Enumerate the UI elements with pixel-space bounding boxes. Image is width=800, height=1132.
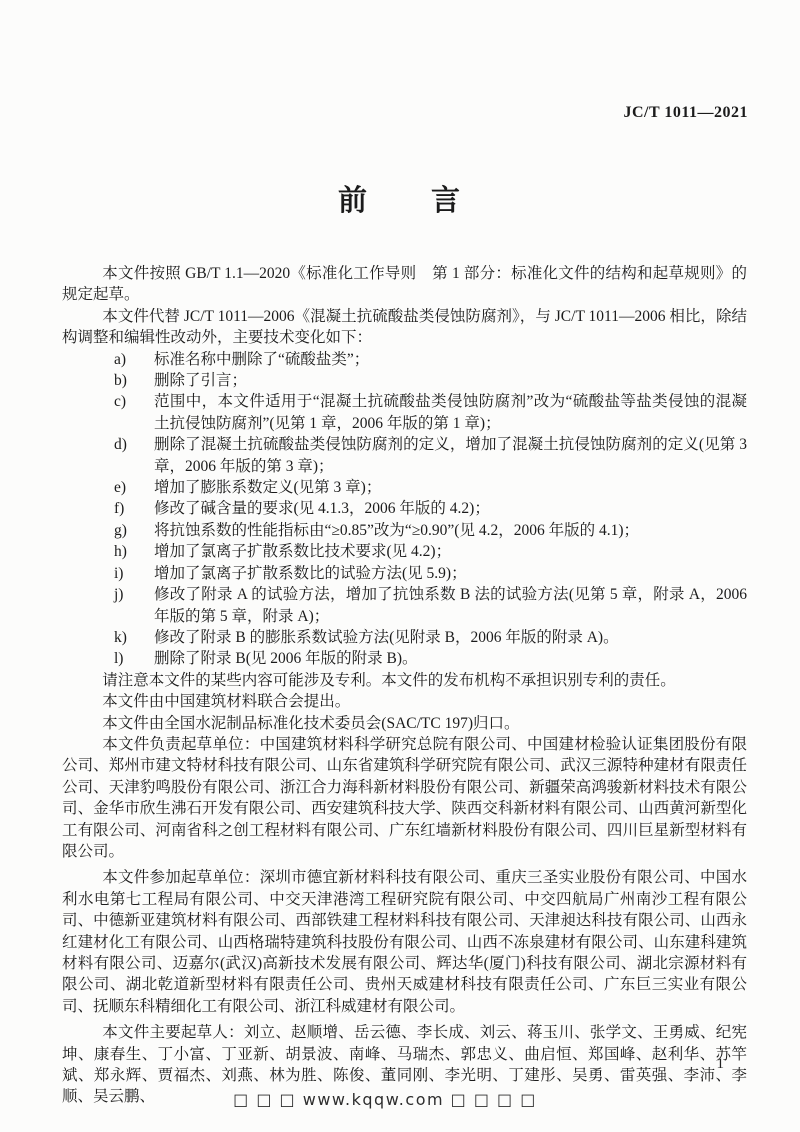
change-text: 修改了附录 A 的试验方法，增加了抗蚀系数 B 法的试验方法(见第 5 章，附录… <box>154 584 747 627</box>
change-text: 增加了氯离子扩散系数比技术要求(见 4.2)； <box>154 541 747 562</box>
change-item: d) 删除了混凝土抗硫酸盐类侵蚀防腐剂的定义，增加了混凝土抗侵蚀防腐剂的定义(见… <box>114 434 747 477</box>
change-marker: h) <box>114 541 154 562</box>
change-item: f) 修改了碱含量的要求(见 4.1.3，2006 年版的 4.2)； <box>114 498 747 519</box>
paragraph-drafting-basis: 本文件按照 GB/T 1.1—2020《标准化工作导则 第 1 部分：标准化文件… <box>62 263 747 306</box>
change-marker: l) <box>114 648 154 669</box>
page-header: JC/T 1011—2021 <box>624 104 749 122</box>
change-marker: i) <box>114 563 154 584</box>
paragraph-replacement-intro: 本文件代替 JC/T 1011—2006《混凝土抗硫酸盐类侵蚀防腐剂》，与 JC… <box>62 306 747 349</box>
change-marker: g) <box>114 520 154 541</box>
change-text: 修改了碱含量的要求(见 4.1.3，2006 年版的 4.2)； <box>154 498 747 519</box>
page-title: 前 言 <box>0 178 800 219</box>
change-marker: k) <box>114 627 154 648</box>
change-marker: b) <box>114 370 154 391</box>
change-item: l) 删除了附录 B(见 2006 年版的附录 B)。 <box>114 648 747 669</box>
change-text: 删除了附录 B(见 2006 年版的附录 B)。 <box>154 648 747 669</box>
change-item: i) 增加了氯离子扩散系数比的试验方法(见 5.9)； <box>114 563 747 584</box>
change-item: e) 增加了膨胀系数定义(见第 3 章)； <box>114 477 747 498</box>
foreword-body: 本文件按照 GB/T 1.1—2020《标准化工作导则 第 1 部分：标准化文件… <box>62 263 747 1108</box>
changes-list: a) 标准名称中删除了“硫酸盐类”； b) 删除了引言； c) 范围中，本文件适… <box>114 349 747 670</box>
document-page: JC/T 1011—2021 前 言 本文件按照 GB/T 1.1—2020《标… <box>0 0 800 1132</box>
change-text: 范围中，本文件适用于“混凝土抗硫酸盐类侵蚀防腐剂”改为“硫酸盐等盐类侵蚀的混凝土… <box>154 391 747 434</box>
change-item: b) 删除了引言； <box>114 370 747 391</box>
page-number: 1 <box>717 1056 725 1073</box>
change-text: 删除了混凝土抗硫酸盐类侵蚀防腐剂的定义，增加了混凝土抗侵蚀防腐剂的定义(见第 3… <box>154 434 747 477</box>
change-item: h) 增加了氯离子扩散系数比技术要求(见 4.2)； <box>114 541 747 562</box>
change-text: 标准名称中删除了“硫酸盐类”； <box>154 349 747 370</box>
change-text: 增加了膨胀系数定义(见第 3 章)； <box>154 477 747 498</box>
paragraph-centralized-by: 本文件由全国水泥制品标准化技术委员会(SAC/TC 197)归口。 <box>62 713 747 734</box>
paragraph-responsible-units: 本文件负责起草单位：中国建筑材料科学研究总院有限公司、中国建材检验认证集团股份有… <box>62 734 747 862</box>
change-item: g) 将抗蚀系数的性能指标由“≥0.85”改为“≥0.90”(见 4.2，200… <box>114 520 747 541</box>
change-marker: f) <box>114 498 154 519</box>
change-text: 增加了氯离子扩散系数比的试验方法(见 5.9)； <box>154 563 747 584</box>
change-item: a) 标准名称中删除了“硫酸盐类”； <box>114 349 747 370</box>
change-marker: a) <box>114 349 154 370</box>
change-marker: d) <box>114 434 154 477</box>
paragraph-participating-units: 本文件参加起草单位：深圳市德宜新材料科技有限公司、重庆三圣实业股份有限公司、中国… <box>62 867 747 1017</box>
change-item: j) 修改了附录 A 的试验方法，增加了抗蚀系数 B 法的试验方法(见第 5 章… <box>114 584 747 627</box>
footer-watermark: □ □ □ www.kqqw.com □ □ □ □ <box>0 1090 770 1109</box>
paragraph-proposed-by: 本文件由中国建筑材料联合会提出。 <box>62 691 747 712</box>
change-marker: j) <box>114 584 154 627</box>
standard-number: JC/T 1011—2021 <box>624 104 749 121</box>
change-text: 将抗蚀系数的性能指标由“≥0.85”改为“≥0.90”(见 4.2，2006 年… <box>154 520 747 541</box>
change-text: 删除了引言； <box>154 370 747 391</box>
change-item: c) 范围中，本文件适用于“混凝土抗硫酸盐类侵蚀防腐剂”改为“硫酸盐等盐类侵蚀的… <box>114 391 747 434</box>
paragraph-patent-note: 请注意本文件的某些内容可能涉及专利。本文件的发布机构不承担识别专利的责任。 <box>62 670 747 691</box>
change-text: 修改了附录 B 的膨胀系数试验方法(见附录 B，2006 年版的附录 A)。 <box>154 627 747 648</box>
change-marker: c) <box>114 391 154 434</box>
change-item: k) 修改了附录 B 的膨胀系数试验方法(见附录 B，2006 年版的附录 A)… <box>114 627 747 648</box>
change-marker: e) <box>114 477 154 498</box>
